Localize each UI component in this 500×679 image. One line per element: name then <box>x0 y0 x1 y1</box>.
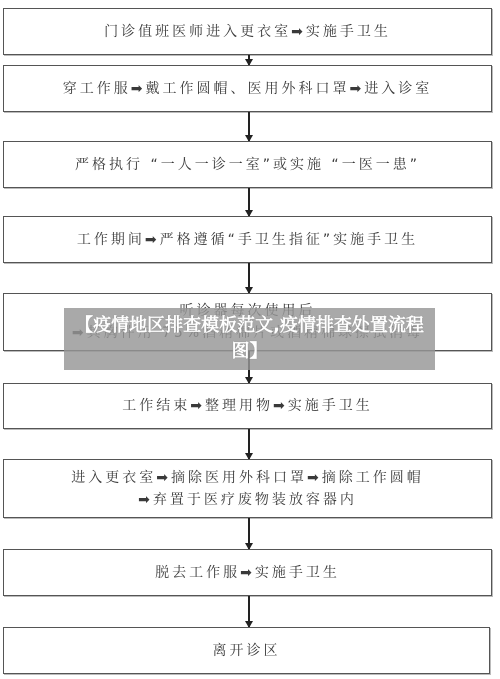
step-6-box: 工作结束➡整理用物➡实施手卫生 <box>3 383 492 429</box>
step-9-text: 离开诊区 <box>213 640 281 662</box>
step-3-box: 严格执行 “一人一诊一室”或实施 “一医一患” <box>3 141 492 188</box>
step-9-box: 离开诊区 <box>3 627 490 674</box>
step-7-text-line-1: 进入更衣室➡摘除医用外科口罩➡摘除工作圆帽 <box>71 467 423 489</box>
step-7-box: 进入更衣室➡摘除医用外科口罩➡摘除工作圆帽 ➡弃置于医疗废物装放容器内 <box>3 459 492 518</box>
overlay-title: 【疫情地区排查模板范文,疫情排查处置流程图】 <box>70 313 429 365</box>
arrow-down-icon <box>248 518 250 549</box>
arrow-down-icon <box>248 55 250 65</box>
arrow-down-icon <box>248 596 250 627</box>
step-4-box: 工作期间➡严格遵循“手卫生指征”实施手卫生 <box>3 216 492 263</box>
step-2-box: 穿工作服➡戴工作圆帽、医用外科口罩➡进入诊室 <box>3 65 492 112</box>
step-1-box: 门诊值班医师进入更衣室➡实施手卫生 <box>3 8 492 55</box>
arrow-down-icon <box>248 263 250 293</box>
title-overlay: 【疫情地区排查模板范文,疫情排查处置流程图】 <box>64 308 435 370</box>
arrow-down-icon <box>248 429 250 459</box>
arrow-down-icon <box>248 112 250 141</box>
step-1-text: 门诊值班医师进入更衣室➡实施手卫生 <box>104 21 391 43</box>
step-6-text: 工作结束➡整理用物➡实施手卫生 <box>122 395 372 417</box>
step-2-text: 穿工作服➡戴工作圆帽、医用外科口罩➡进入诊室 <box>63 78 432 100</box>
step-3-text: 严格执行 “一人一诊一室”或实施 “一医一患” <box>75 154 420 176</box>
step-4-text: 工作期间➡严格遵循“手卫生指征”实施手卫生 <box>77 229 418 251</box>
step-8-text: 脱去工作服➡实施手卫生 <box>155 562 340 584</box>
arrow-down-icon <box>248 188 250 216</box>
step-8-box: 脱去工作服➡实施手卫生 <box>3 549 492 596</box>
step-7-text-line-2: ➡弃置于医疗废物装放容器内 <box>138 489 357 511</box>
